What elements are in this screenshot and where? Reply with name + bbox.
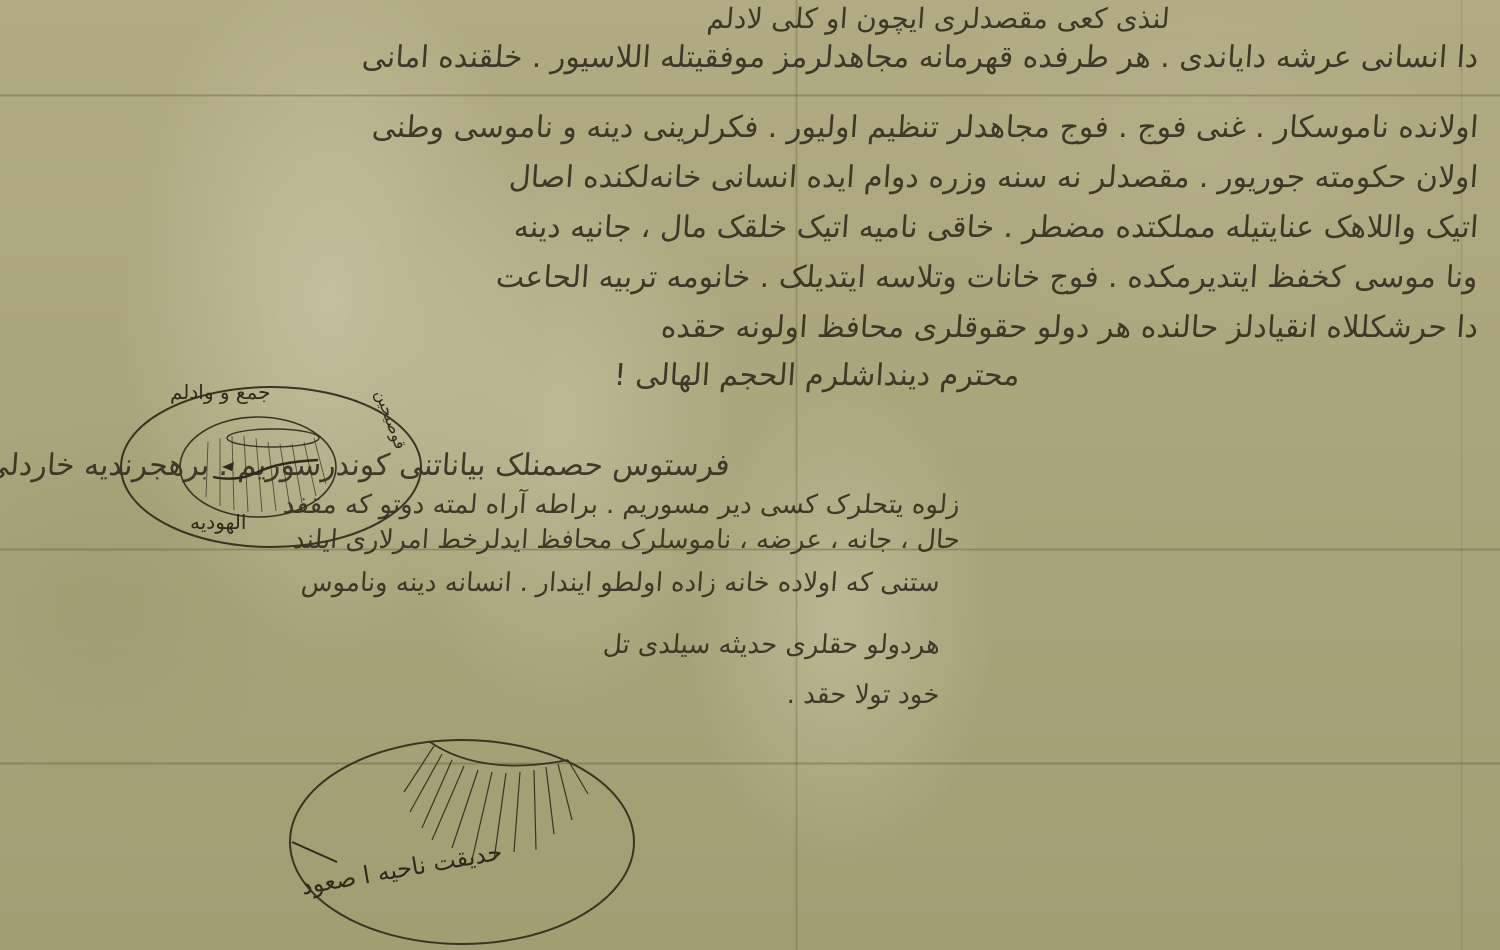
text-line: اولانده ناموسکار . غنی فوج . فوج مجاهدلر…	[370, 110, 1479, 145]
lower-seal-drawing	[282, 732, 642, 950]
seal-label-bottom: الهودیه	[190, 510, 246, 534]
text-line: ونا موسی کخفظ ایتدیرمکده . فوج خانات وتل…	[495, 260, 1479, 295]
text-line: لنذی کعی مقصدلری ایچون او کلی لادلم	[706, 2, 1171, 35]
text-line: هردولو حقلری حدیثه سیلدی تل	[602, 630, 941, 660]
text-line: محترم دینداشلرم الحجم الهالی !	[613, 358, 1021, 393]
fold-line	[0, 94, 1500, 97]
text-line: اتیک واللاهک عنایتیله مملکتده مضطر . خاق…	[512, 210, 1479, 245]
text-line: اولان حکومته جوریور . مقصدلر نه سنه وزره…	[508, 160, 1480, 195]
text-line: دا انسانی عرشه دایاندی . هر طرفده قهرمان…	[360, 40, 1479, 75]
fold-line	[0, 762, 1500, 765]
text-line: ستنی که اولاده خانه زاده اولطو ایندار . …	[300, 568, 941, 598]
text-line: دا حرشکللاه انقیادلز حالنده هر دولو حقوق…	[660, 310, 1480, 345]
text-line: خود تولا حقد .	[786, 680, 941, 710]
seal-label-top: جمع و وادلم	[170, 380, 270, 404]
